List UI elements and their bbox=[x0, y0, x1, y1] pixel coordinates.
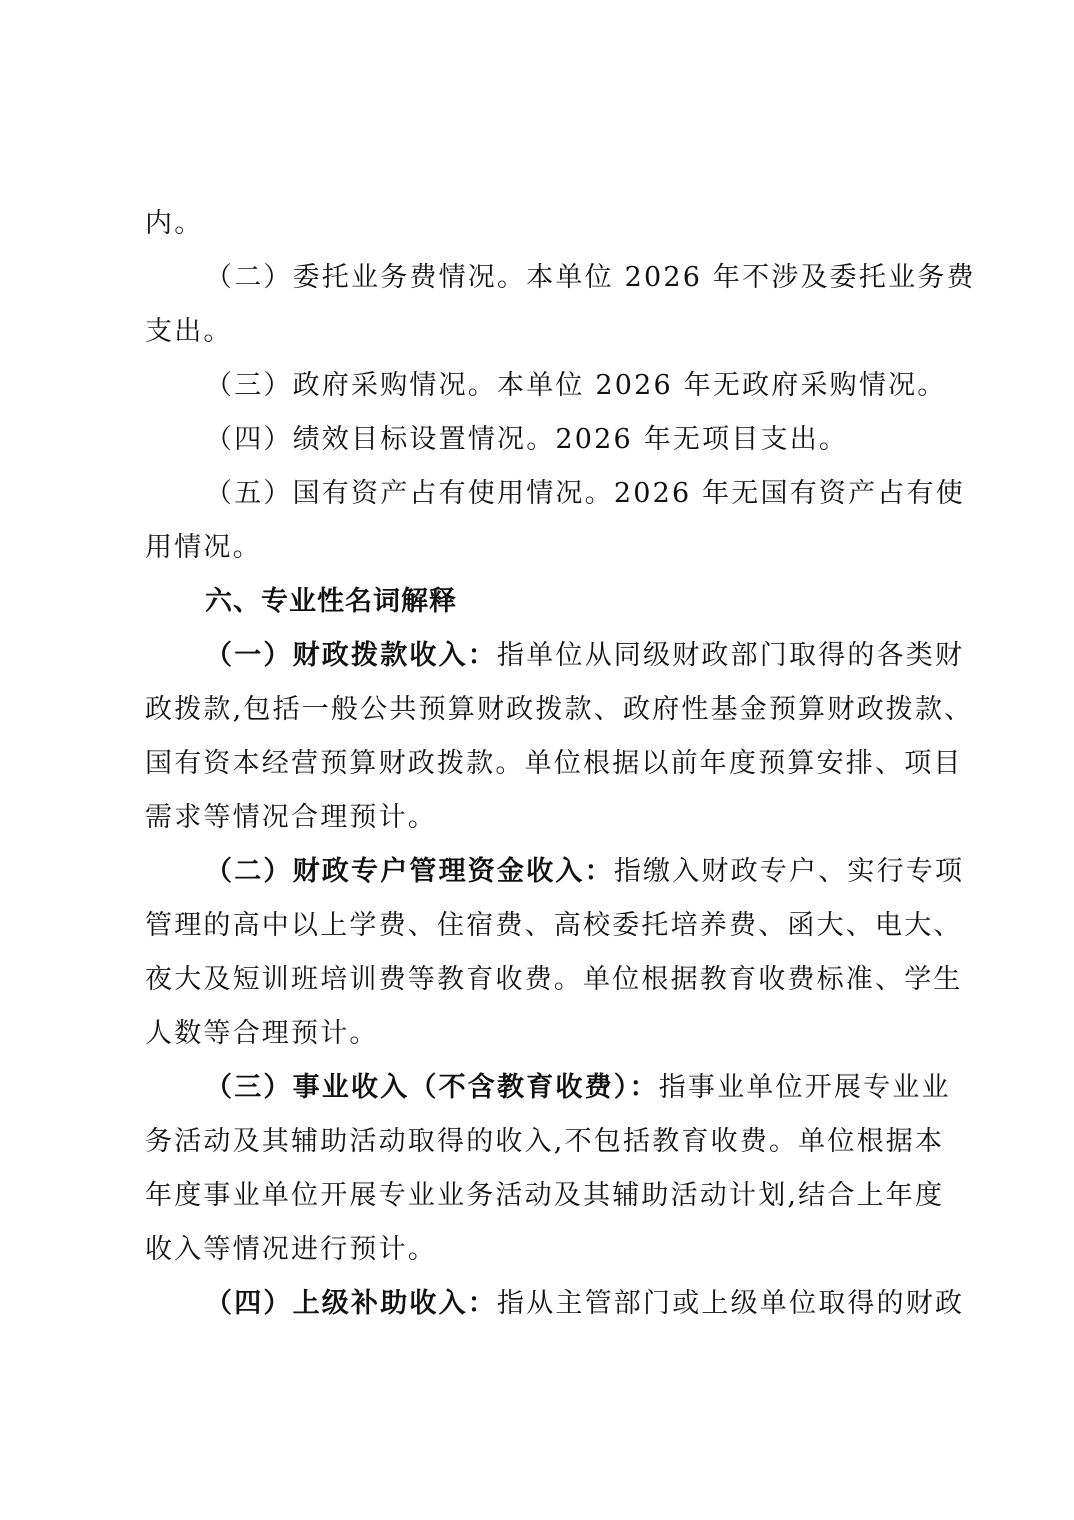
section-heading: 六、专业性名词解释 bbox=[205, 584, 1005, 620]
line-text: 国有资本经营预算财政拨款。单位根据以前年度预算安排、项目 bbox=[145, 748, 963, 779]
subsection-label: （三）政府采购情况。 bbox=[205, 370, 497, 401]
line-text: 指事业单位开展专业业 bbox=[659, 1072, 951, 1103]
line-text: 需求等情况合理预计。 bbox=[145, 802, 437, 833]
subsection-3-line: （三）政府采购情况。本单位 2026 年无政府采购情况。 bbox=[205, 368, 1005, 404]
definition-3-line: （三）事业收入（不含教育收费）：指事业单位开展专业业 bbox=[205, 1070, 1005, 1106]
subsection-4-line: （四）绩效目标设置情况。2026 年无项目支出。 bbox=[205, 422, 1005, 458]
term-label: （二）财政专户管理资金收入： bbox=[205, 856, 614, 887]
line-text: 管理的高中以上学费、住宿费、高校委托培养费、函大、电大、 bbox=[145, 910, 963, 941]
line-text: 用情况。 bbox=[145, 532, 262, 563]
line-text: 指从主管部门或上级单位取得的财政 bbox=[497, 1288, 964, 1319]
line-text: 政拨款,包括一般公共预算财政拨款、政府性基金预算财政拨款、 bbox=[145, 694, 973, 725]
line-text: 收入等情况进行预计。 bbox=[145, 1234, 437, 1265]
line-text: 夜大及短训班培训费等教育收费。单位根据教育收费标准、学生 bbox=[145, 964, 963, 995]
paragraph-line: 年度事业单位开展专业业务活动及其辅助活动计划,结合上年度 bbox=[145, 1178, 945, 1214]
subsection-5-line: （五）国有资产占有使用情况。2026 年无国有资产占有使 bbox=[205, 476, 1005, 512]
line-text: 年度事业单位开展专业业务活动及其辅助活动计划,结合上年度 bbox=[145, 1180, 944, 1211]
definition-4-line: （四）上级补助收入：指从主管部门或上级单位取得的财政 bbox=[205, 1286, 1005, 1322]
paragraph-line: 收入等情况进行预计。 bbox=[145, 1232, 945, 1268]
paragraph-line: 务活动及其辅助活动取得的收入,不包括教育收费。单位根据本 bbox=[145, 1124, 945, 1160]
paragraph-line: 内。 bbox=[145, 206, 945, 242]
subsection-label: （五）国有资产占有使用情况。 bbox=[205, 478, 614, 509]
subsection-label: （四）绩效目标设置情况。 bbox=[205, 424, 555, 455]
section-title: 六、专业性名词解释 bbox=[205, 586, 457, 617]
paragraph-line: 国有资本经营预算财政拨款。单位根据以前年度预算安排、项目 bbox=[145, 746, 945, 782]
paragraph-line: 政拨款,包括一般公共预算财政拨款、政府性基金预算财政拨款、 bbox=[145, 692, 945, 728]
line-text: 本单位 2026 年不涉及委托业务费 bbox=[526, 262, 975, 293]
subsection-2-line: （二）委托业务费情况。本单位 2026 年不涉及委托业务费 bbox=[205, 260, 1005, 296]
term-label: （四）上级补助收入： bbox=[205, 1288, 497, 1319]
definition-1-line: （一）财政拨款收入：指单位从同级财政部门取得的各类财 bbox=[205, 638, 1005, 674]
subsection-label: （二）委托业务费情况。 bbox=[205, 262, 526, 293]
line-text: 务活动及其辅助活动取得的收入,不包括教育收费。单位根据本 bbox=[145, 1126, 944, 1157]
term-label: （三）事业收入（不含教育收费）： bbox=[205, 1072, 659, 1103]
document-page: 内。 （二）委托业务费情况。本单位 2026 年不涉及委托业务费 支出。 （三）… bbox=[0, 0, 1074, 1520]
definition-2-line: （二）财政专户管理资金收入：指缴入财政专户、实行专项 bbox=[205, 854, 1005, 890]
line-text: 支出。 bbox=[145, 316, 233, 347]
line-text: 指单位从同级财政部门取得的各类财 bbox=[497, 640, 964, 671]
paragraph-line: 支出。 bbox=[145, 314, 945, 350]
line-text: 2026 年无项目支出。 bbox=[555, 424, 848, 455]
paragraph-line: 管理的高中以上学费、住宿费、高校委托培养费、函大、电大、 bbox=[145, 908, 945, 944]
paragraph-line: 用情况。 bbox=[145, 530, 945, 566]
line-text: 人数等合理预计。 bbox=[145, 1018, 379, 1049]
term-label: （一）财政拨款收入： bbox=[205, 640, 497, 671]
paragraph-line: 需求等情况合理预计。 bbox=[145, 800, 945, 836]
line-text: 内。 bbox=[145, 208, 203, 239]
line-text: 本单位 2026 年无政府采购情况。 bbox=[497, 370, 946, 401]
paragraph-line: 夜大及短训班培训费等教育收费。单位根据教育收费标准、学生 bbox=[145, 962, 945, 998]
line-text: 指缴入财政专户、实行专项 bbox=[614, 856, 964, 887]
paragraph-line: 人数等合理预计。 bbox=[145, 1016, 945, 1052]
line-text: 2026 年无国有资产占有使 bbox=[614, 478, 965, 509]
